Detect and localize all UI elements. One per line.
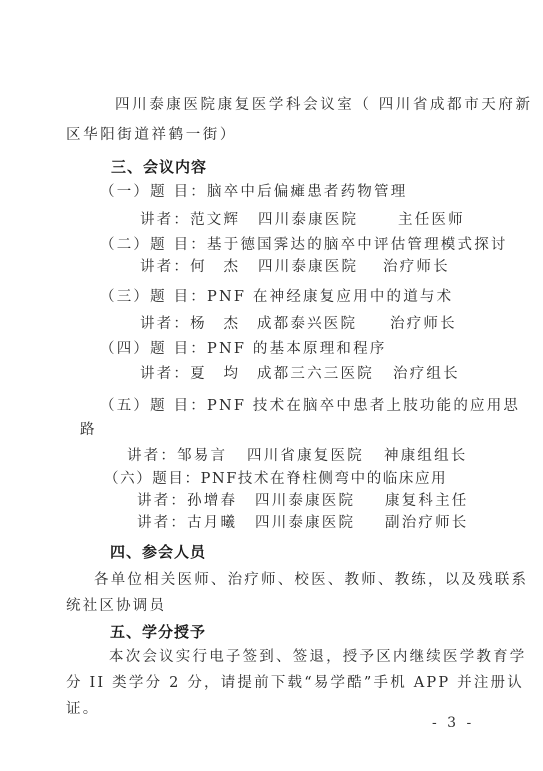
speaker-org: 成都三六三医院 [257, 365, 374, 383]
page-number: - 3 - [432, 715, 474, 731]
venue-line-1: 四川泰康医院康复医学科会议室（ 四川省成都市天府新 [115, 96, 533, 114]
agenda-item-2-speaker: 讲者：何 杰 四川泰康医院 治疗师长 [140, 258, 470, 276]
credits-line-2: 分 II 类学分 2 分，请提前下载“易学酷”手机 APP 并注册认 [66, 674, 524, 692]
agenda-item-3-title: （三）题 目：PNF 在神经康复应用中的道与术 [100, 288, 453, 306]
speaker-name: 讲者：孙增春 [137, 492, 237, 510]
credits-line-3: 证。 [66, 700, 99, 718]
speaker-role: 治疗组长 [393, 365, 460, 383]
speaker-role: 主任医师 [398, 211, 465, 229]
speaker-role: 治疗师长 [390, 315, 457, 333]
agenda-item-3-speaker: 讲者：杨 杰 成都泰兴医院 治疗师长 [140, 315, 470, 333]
agenda-item-5-title-cont: 路 [80, 421, 97, 439]
agenda-item-2-title: （二）题 目：基于德国霁达的脑卒中评估管理模式探讨 [100, 236, 508, 254]
speaker-name: 讲者：范文辉 [140, 211, 240, 229]
speaker-name: 讲者：杨 杰 [140, 315, 240, 333]
agenda-item-5-speaker: 讲者：邹易言 四川省康复医院 神康组组长 [127, 447, 467, 465]
speaker-name: 讲者：夏 均 [140, 365, 240, 383]
agenda-item-6-speaker-2: 讲者：古月曦 四川泰康医院 副治疗师长 [137, 514, 467, 532]
attendees-line-2: 统社区协调员 [66, 597, 166, 615]
speaker-org: 四川泰康医院 [258, 211, 358, 229]
agenda-item-1-title: （一）题 目：脑卒中后偏瘫患者药物管理 [100, 183, 407, 201]
speaker-org: 成都泰兴医院 [257, 315, 357, 333]
speaker-role: 副治疗师长 [385, 514, 469, 532]
agenda-item-6-speaker-1: 讲者：孙增春 四川泰康医院 康复科主任 [137, 492, 467, 510]
speaker-role: 康复科主任 [385, 492, 469, 510]
speaker-name: 讲者：何 杰 [140, 258, 240, 276]
attendees-line-1: 各单位相关医师、治疗师、校医、教师、教练，以及残联系 [94, 571, 528, 589]
agenda-item-4-speaker: 讲者：夏 均 成都三六三医院 治疗组长 [140, 365, 470, 383]
section-heading-content: 三、会议内容 [111, 158, 207, 176]
agenda-item-4-title: （四）题 目：PNF 的基本原理和程序 [100, 340, 387, 358]
venue-line-2: 区华阳街道祥鹤一街） [66, 126, 237, 144]
credits-line-1: 本次会议实行电子签到、签退，授予区内继续医学教育学 [109, 648, 527, 666]
speaker-org: 四川泰康医院 [255, 492, 355, 510]
speaker-org: 四川泰康医院 [258, 258, 358, 276]
document-page: 四川泰康医院康复医学科会议室（ 四川省成都市天府新 区华阳街道祥鹤一街） 三、会… [0, 0, 543, 771]
agenda-item-6-title: （六）题目：PNF技术在脊柱侧弯中的临床应用 [104, 470, 447, 488]
speaker-org: 四川省康复医院 [247, 447, 364, 465]
speaker-name: 讲者：邹易言 [127, 447, 227, 465]
speaker-name: 讲者：古月曦 [137, 514, 237, 532]
agenda-item-1-speaker: 讲者：范文辉 四川泰康医院 主任医师 [140, 211, 470, 229]
agenda-item-5-title: （五）题 目：PNF 技术在脑卒中患者上肢功能的应用思 [100, 397, 520, 415]
section-heading-attendees: 四、参会人员 [110, 543, 206, 561]
speaker-org: 四川泰康医院 [255, 514, 355, 532]
section-heading-credits: 五、学分授予 [110, 623, 206, 641]
speaker-role: 神康组组长 [384, 447, 468, 465]
speaker-role: 治疗师长 [383, 258, 450, 276]
